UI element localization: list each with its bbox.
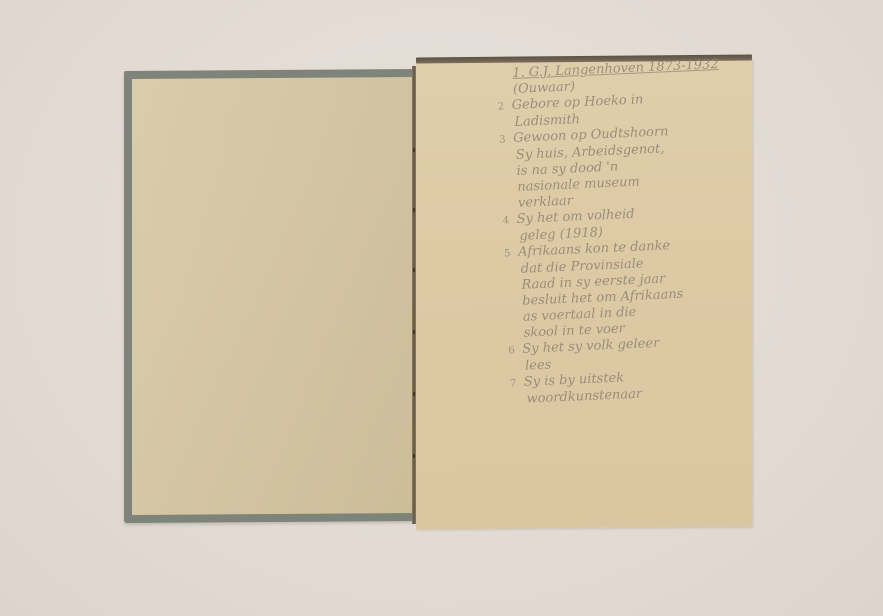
binding-stitch (413, 454, 415, 458)
binding-stitch (413, 268, 415, 272)
open-book: 1. G.J. Langenhoven 1873-1932 (Ouwaar) 2… (0, 0, 883, 616)
pencil-notes: 1. G.J. Langenhoven 1873-1932 (Ouwaar) 2… (512, 55, 777, 408)
note-item: 3Gewoon op Oudtshoorn Sy huis, Arbeidsge… (515, 120, 768, 212)
note-item: 5Afrikaans kon te danke dat die Provinsi… (520, 234, 774, 342)
binding-stitch (413, 208, 415, 212)
binding-stitch (413, 330, 415, 334)
binding-stitch (413, 392, 415, 396)
binding-stitch (413, 148, 415, 152)
left-endpaper (132, 77, 412, 515)
